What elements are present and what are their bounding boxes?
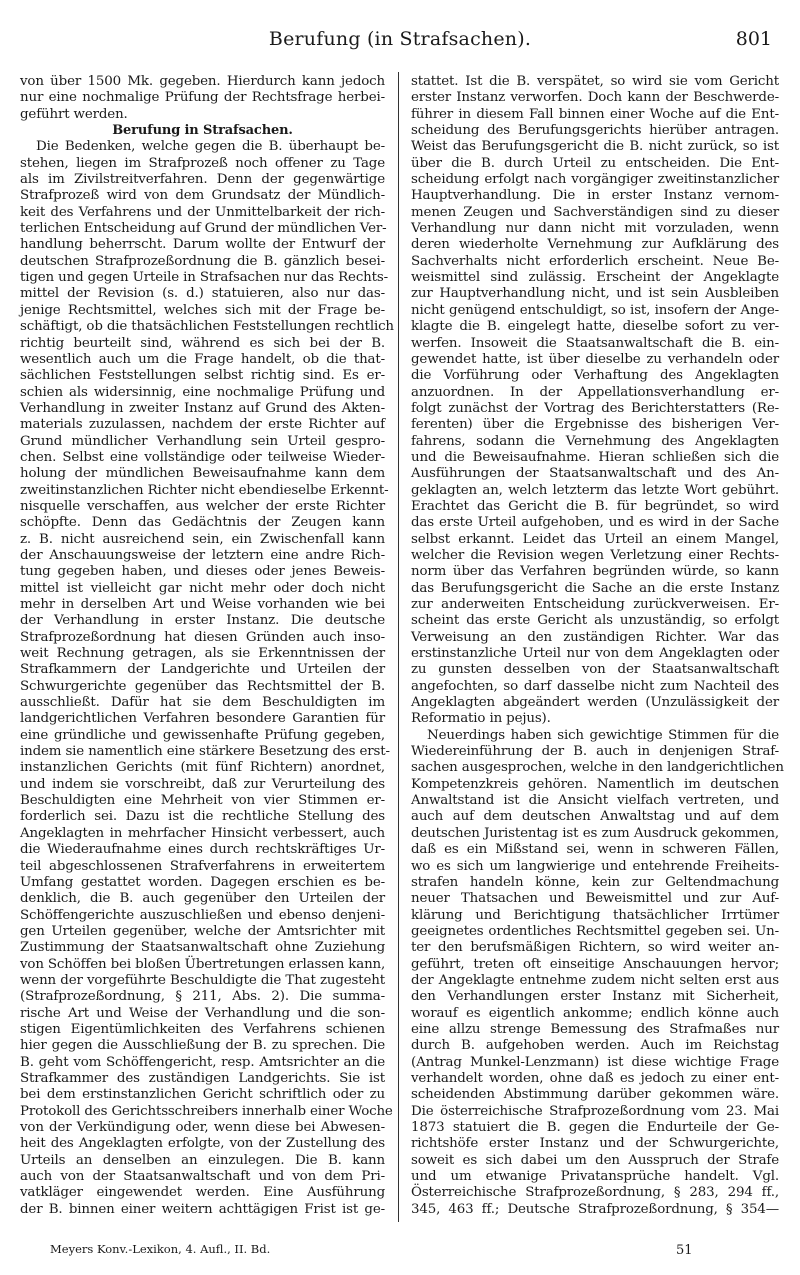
text-line: forderlich sei. Dazu ist die rechtliche …: [20, 809, 385, 825]
text-line: die Vorführung oder Verhaftung des Angek…: [411, 368, 779, 384]
text-line: angefochten, so darf dasselbe nicht zum …: [411, 679, 779, 695]
text-line: Strafprozeßordnung hat diesen Gründen au…: [20, 630, 385, 646]
text-line: 345, 463 ff.; Deutsche Strafprozeßordnun…: [411, 1202, 779, 1218]
text-line: eine gründliche und gewissenhafte Prüfun…: [20, 728, 385, 744]
text-line: Verhandlung in zweiter Instanz auf Grund…: [20, 401, 385, 417]
text-line: zu gunsten desselben von der Staatsanwal…: [411, 662, 779, 678]
text-line: das Berufungsgericht die Sache an die er…: [411, 581, 779, 597]
text-line: Beschuldigten eine Mehrheit von vier Sti…: [20, 793, 385, 809]
text-line: richtshöfe erster Instanz und der Schwur…: [411, 1136, 779, 1152]
text-line: z. B. nicht ausreichend sein, ein Zwisch…: [20, 532, 385, 548]
text-line: deutschen Juristentag ist es zum Ausdruc…: [411, 826, 779, 842]
text-line: wenn der vorgeführte Beschuldigte die Th…: [20, 973, 385, 989]
text-line: geführt, treten oft einseitige Anschauun…: [411, 957, 779, 973]
text-line: materials zuzulassen, nachdem der erste …: [20, 417, 385, 433]
text-line: selbst erkannt. Leidet das Urteil an ein…: [411, 532, 779, 548]
text-line: mittel ist vielleicht gar nicht mehr ode…: [20, 581, 385, 597]
text-line: Strafkammern der Landgerichte und Urteil…: [20, 662, 385, 678]
text-line: über die B. durch Urteil zu entscheiden.…: [411, 156, 779, 172]
text-line: fahrens, sodann die Vernehmung des Angek…: [411, 434, 779, 450]
text-line: keit des Verfahrens und der Unmittelbark…: [20, 205, 385, 221]
text-line: ferenten) über die Ergebnisse des bisher…: [411, 417, 779, 433]
text-line: folgt zunächst der Vortrag des Berichter…: [411, 401, 779, 417]
text-line: Erachtet das Gericht die B. für begründe…: [411, 499, 779, 515]
text-line: als im Zivilstreitverfahren. Denn der ge…: [20, 172, 385, 188]
text-line: eine allzu strenge Bemessung des Strafma…: [411, 1022, 779, 1038]
page-number: 801: [736, 28, 772, 50]
text-line: scheidenden Abstimmung darüber gekommen …: [411, 1087, 779, 1103]
text-line: von Schöffen bei bloßen Übertretungen er…: [20, 957, 385, 973]
text-line: Neuerdings haben sich gewichtige Stimmen…: [411, 728, 779, 744]
text-line: Schwurgerichte gegenüber das Rechtsmitte…: [20, 679, 385, 695]
text-line: mittel der Revision (s. d.) statuieren, …: [20, 286, 385, 302]
text-line: geeignetes ordentliches Rechtsmittel geg…: [411, 924, 779, 940]
section-subheading: Berufung in Strafsachen.: [20, 123, 385, 139]
column-divider: [398, 72, 399, 1222]
text-line: mehr in derselben Art und Weise vorhande…: [20, 597, 385, 613]
left-column: von über 1500 Mk. gegeben. Hierdurch kan…: [20, 74, 385, 1218]
text-line: zweitinstanzlichen Richter nicht ebendie…: [20, 483, 385, 499]
text-line: von der Verkündigung oder, wenn diese be…: [20, 1120, 385, 1136]
text-line: Anwaltstand ist die Ansicht vielfach ver…: [411, 793, 779, 809]
text-line: stehen, liegen im Strafprozeß noch offen…: [20, 156, 385, 172]
text-line: geklagten an, welch letzterm das letzte …: [411, 483, 779, 499]
text-line: teil abgeschlossenen Strafverfahrens in …: [20, 859, 385, 875]
text-line: auch auf dem deutschen Anwaltstag und au…: [411, 809, 779, 825]
text-line: klagte die B. eingelegt hatte, dieselbe …: [411, 319, 779, 335]
text-line: menen Zeugen und Sachverständigen sind z…: [411, 205, 779, 221]
text-line: Strafprozeß wird von dem Grundsatz der M…: [20, 188, 385, 204]
text-line: zur Hauptverhandlung nicht, und ist sein…: [411, 286, 779, 302]
text-line: scheidung des Berufungsgerichts hierüber…: [411, 123, 779, 139]
text-line: klärung und Berichtigung thatsächlicher …: [411, 908, 779, 924]
text-line: deutschen Strafprozeßordnung die B. gänz…: [20, 254, 385, 270]
text-line: nisquelle verschaffen, aus welcher der e…: [20, 499, 385, 515]
text-line: norm über das Verfahren begründen würde,…: [411, 564, 779, 580]
text-line: Verweisung an den zuständigen Richter. W…: [411, 630, 779, 646]
text-line: der Anschauungsweise der letztern eine a…: [20, 548, 385, 564]
text-line: den Verhandlungen erster Instanz mit Sic…: [411, 989, 779, 1005]
text-line: tung gegeben haben, und dieses oder jene…: [20, 564, 385, 580]
text-line: tigen und gegen Urteile in Strafsachen n…: [20, 270, 385, 286]
text-line: Hauptverhandlung. Die in erster Instanz …: [411, 188, 779, 204]
text-line: ausschließt. Dafür hat sie dem Beschuldi…: [20, 695, 385, 711]
text-line: Umfang gestattet worden. Dagegen erschie…: [20, 875, 385, 891]
text-line: weismittel sind zulässig. Erscheint der …: [411, 270, 779, 286]
right-column: stattet. Ist die B. verspätet, so wird s…: [411, 74, 779, 1218]
text-line: strafen handeln könne, kein zur Geltendm…: [411, 875, 779, 891]
footer-imprint: Meyers Konv.-Lexikon, 4. Aufl., II. Bd.: [50, 1242, 270, 1256]
text-line: weit Rechnung getragen, als sie Erkenntn…: [20, 646, 385, 662]
text-line: der B. binnen einer weitern achttägigen …: [20, 1202, 385, 1218]
text-line: der Verhandlung in erster Instanz. Die d…: [20, 613, 385, 629]
text-line: werfen. Insoweit die Staatsanwaltschaft …: [411, 336, 779, 352]
text-line: Urteils an denselben an einzulegen. Die …: [20, 1153, 385, 1169]
text-line: Reformatio in pejus).: [411, 711, 779, 727]
text-line: wesentlich auch um die Frage handelt, ob…: [20, 352, 385, 368]
text-line: Österreichische Strafprozeßordnung, § 28…: [411, 1185, 779, 1201]
text-line: und die Beweisaufnahme. Hieran schließen…: [411, 450, 779, 466]
text-line: jenige Rechtsmittel, welches sich mit de…: [20, 303, 385, 319]
page-header: Berufung (in Strafsachen). 801: [28, 28, 772, 58]
text-line: die Wiederaufnahme eines durch rechtskrä…: [20, 842, 385, 858]
text-line: handlung beherrscht. Darum wollte der En…: [20, 237, 385, 253]
text-line: Verhandlung nur dann nicht mit vorzulade…: [411, 221, 779, 237]
text-line: erstinstanzliche Urteil nur von dem Ange…: [411, 646, 779, 662]
text-line: durch B. aufgehoben werden. Auch im Reic…: [411, 1038, 779, 1054]
running-title: Berufung (in Strafsachen).: [28, 28, 772, 50]
text-line: Sachverhalts nicht erforderlich erschein…: [411, 254, 779, 270]
text-line: terlichen Entscheidung auf Grund der mün…: [20, 221, 385, 237]
text-line: Strafkammer des zuständigen Landgerichts…: [20, 1071, 385, 1087]
text-line: worauf es eigentlich ankomme; endlich kö…: [411, 1006, 779, 1022]
text-line: Schöffengerichte auszuschließen und eben…: [20, 908, 385, 924]
text-line: welcher die Revision wegen Verletzung ei…: [411, 548, 779, 564]
text-line: zur anderweiten Entscheidung zurückverwe…: [411, 597, 779, 613]
text-line: wo es sich um langwierige und entehrende…: [411, 859, 779, 875]
text-line: deren wiederholte Vernehmung zur Aufklär…: [411, 237, 779, 253]
text-line: und indem sie vorschreibt, daß zur Verur…: [20, 777, 385, 793]
text-line: richtig beurteilt sind, während es sich …: [20, 336, 385, 352]
text-line: (Antrag Munkel-Lenzmann) ist diese wicht…: [411, 1055, 779, 1071]
text-line: verhandelt worden, ohne daß es jedoch zu…: [411, 1071, 779, 1087]
text-line: bei dem erstinstanzlichen Gericht schrif…: [20, 1087, 385, 1103]
text-line: instanzlichen Gerichts (mit fünf Richter…: [20, 760, 385, 776]
text-line: Zustimmung der Staatsanwaltschaft ohne Z…: [20, 940, 385, 956]
text-line: holung der mündlichen Beweisaufnahme kan…: [20, 466, 385, 482]
text-line: Kompetenzkreis gehören. Namentlich im de…: [411, 777, 779, 793]
text-line: Ausführungen der Staatsanwaltschaft und …: [411, 466, 779, 482]
text-line: das erste Urteil aufgehoben, und es wird…: [411, 515, 779, 531]
text-line: und um etwanige Privatansprüche handelt.…: [411, 1169, 779, 1185]
text-line: nicht genügend entschuldigt, so ist, ins…: [411, 303, 779, 319]
text-line: sächlichen Feststellungen selbst richtig…: [20, 368, 385, 384]
text-line: hier gegen die Ausschließung der B. zu s…: [20, 1038, 385, 1054]
text-line: Angeklagten abgeändert werden (Unzulässi…: [411, 695, 779, 711]
text-line: heit des Angeklagten erfolgte, von der Z…: [20, 1136, 385, 1152]
text-line: (Strafprozeßordnung, § 211, Abs. 2). Die…: [20, 989, 385, 1005]
text-line: Weist das Berufungsgericht die B. nicht …: [411, 139, 779, 155]
text-line: indem sie namentlich eine stärkere Beset…: [20, 744, 385, 760]
text-line: Wiedereinführung der B. auch in denjenig…: [411, 744, 779, 760]
text-line: stattet. Ist die B. verspätet, so wird s…: [411, 74, 779, 90]
text-line: Die österreichische Strafprozeßordnung v…: [411, 1104, 779, 1120]
text-line: sachen ausgesprochen, welche in den land…: [411, 760, 779, 776]
text-line: gewendet hatte, ist über dieselbe zu ver…: [411, 352, 779, 368]
text-line: schien als widersinnig, eine nochmalige …: [20, 385, 385, 401]
text-line: Die Bedenken, welche gegen die B. überha…: [20, 139, 385, 155]
text-line: daß es ein Mißstand sei, wenn in schwere…: [411, 842, 779, 858]
text-line: soweit es sich dabei um den Ausspruch de…: [411, 1153, 779, 1169]
text-line: auch von der Staatsanwaltschaft und von …: [20, 1169, 385, 1185]
text-line: neuer Thatsachen und Beweismittel und zu…: [411, 891, 779, 907]
text-line: vatkläger eingewendet werden. Eine Ausfü…: [20, 1185, 385, 1201]
text-line: schäftigt, ob die thatsächlichen Festste…: [20, 319, 385, 335]
text-line: von über 1500 Mk. gegeben. Hierdurch kan…: [20, 74, 385, 90]
text-line: Grund mündlicher Verhandlung sein Urteil…: [20, 434, 385, 450]
text-line: gen Urteilen gegenüber, welche der Amtsr…: [20, 924, 385, 940]
text-line: stigen Eigentümlichkeiten des Verfahrens…: [20, 1022, 385, 1038]
text-line: geführt werden.: [20, 107, 385, 123]
text-line: der Angeklagte entnehme zudem nicht selt…: [411, 973, 779, 989]
text-line: chen. Selbst eine vollständige oder teil…: [20, 450, 385, 466]
text-line: Angeklagten in mehrfacher Hinsicht verbe…: [20, 826, 385, 842]
text-line: Protokoll des Gerichtsschreibers innerha…: [20, 1104, 385, 1120]
text-line: denklich, die B. auch gegenüber den Urte…: [20, 891, 385, 907]
text-line: scheint das erste Gericht als unzuständi…: [411, 613, 779, 629]
text-line: schöpfte. Denn das Gedächtnis der Zeugen…: [20, 515, 385, 531]
text-line: nur eine nochmalige Prüfung der Rechtsfr…: [20, 90, 385, 106]
text-line: erster Instanz verworfen. Doch kann der …: [411, 90, 779, 106]
footer-signature: 51: [676, 1243, 693, 1258]
text-line: scheidung erfolgt nach vorgängiger zweit…: [411, 172, 779, 188]
text-line: rische Art und Weise der Verhandlung und…: [20, 1006, 385, 1022]
text-line: führer in diesem Fall binnen einer Woche…: [411, 107, 779, 123]
text-line: 1873 statuiert die B. gegen die Endurtei…: [411, 1120, 779, 1136]
text-line: B. geht vom Schöffengericht, resp. Amtsr…: [20, 1055, 385, 1071]
text-line: ter den berufsmäßigen Richtern, so wird …: [411, 940, 779, 956]
text-line: landgerichtlichen Verfahren besondere Ga…: [20, 711, 385, 727]
text-line: anzuordnen. In der Appellationsverhandlu…: [411, 385, 779, 401]
